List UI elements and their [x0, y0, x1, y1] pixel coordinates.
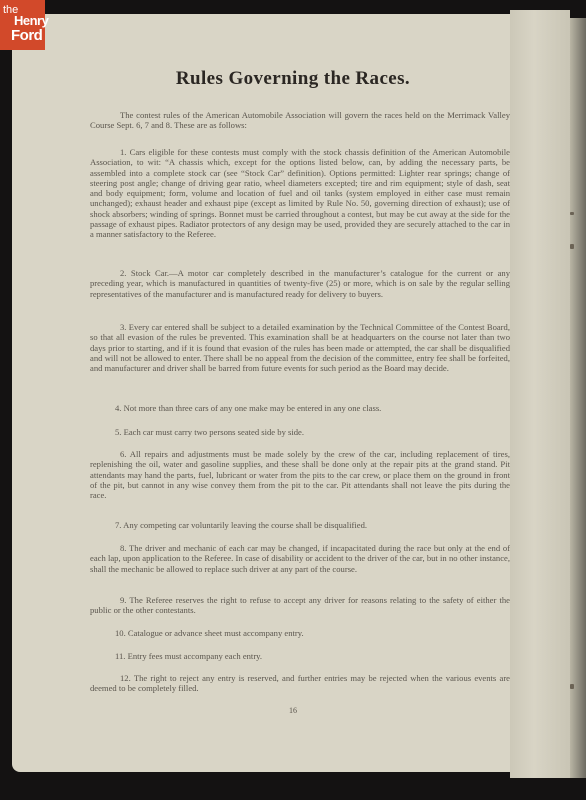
- rule-text: 8. The driver and mechanic of each car m…: [90, 543, 510, 574]
- book-edge-shadow: [570, 18, 586, 778]
- rule-text: 2. Stock Car.—A motor car completely des…: [90, 268, 510, 299]
- rule-text: 9. The Referee reserves the right to ref…: [90, 595, 510, 616]
- rule-text: 12. The right to reject any entry is res…: [90, 673, 510, 694]
- rule-text: 3. Every car entered shall be subject to…: [90, 322, 510, 373]
- rule-2: 2. Stock Car.—A motor car completely des…: [90, 268, 510, 299]
- rule-12: 12. The right to reject any entry is res…: [90, 673, 510, 694]
- intro-paragraph: The contest rules of the American Automo…: [90, 110, 510, 131]
- rule-6: 6. All repairs and adjustments must be m…: [90, 449, 510, 500]
- intro-text: The contest rules of the American Automo…: [90, 110, 510, 131]
- rule-text: 4. Not more than three cars of any one m…: [90, 403, 510, 413]
- rule-text: 10. Catalogue or advance sheet must acco…: [90, 628, 510, 638]
- binding-mark: [570, 684, 574, 689]
- rule-1: 1. Cars eligible for these contests must…: [90, 147, 510, 240]
- logo-henry: Henry: [14, 13, 48, 28]
- henry-ford-logo: the Henry Ford: [0, 0, 45, 50]
- page-number: 16: [0, 706, 586, 715]
- rule-8: 8. The driver and mechanic of each car m…: [90, 543, 510, 574]
- page-title: Rules Governing the Races.: [0, 68, 586, 90]
- binding-mark: [570, 212, 574, 215]
- rule-text: 7. Any competing car voluntarily leaving…: [90, 520, 510, 530]
- rule-7: 7. Any competing car voluntarily leaving…: [90, 520, 510, 530]
- rule-5: 5. Each car must carry two persons seate…: [90, 427, 510, 437]
- rule-4: 4. Not more than three cars of any one m…: [90, 403, 510, 413]
- rule-11: 11. Entry fees must accompany each entry…: [90, 651, 510, 661]
- rule-text: 5. Each car must carry two persons seate…: [90, 427, 510, 437]
- facing-page-edge: [510, 10, 570, 778]
- rule-3: 3. Every car entered shall be subject to…: [90, 322, 510, 373]
- binding-mark: [570, 244, 574, 249]
- rule-9: 9. The Referee reserves the right to ref…: [90, 595, 510, 616]
- rule-text: 1. Cars eligible for these contests must…: [90, 147, 510, 240]
- rule-text: 11. Entry fees must accompany each entry…: [90, 651, 510, 661]
- rule-10: 10. Catalogue or advance sheet must acco…: [90, 628, 510, 638]
- logo-ford: Ford: [11, 27, 42, 44]
- rule-text: 6. All repairs and adjustments must be m…: [90, 449, 510, 500]
